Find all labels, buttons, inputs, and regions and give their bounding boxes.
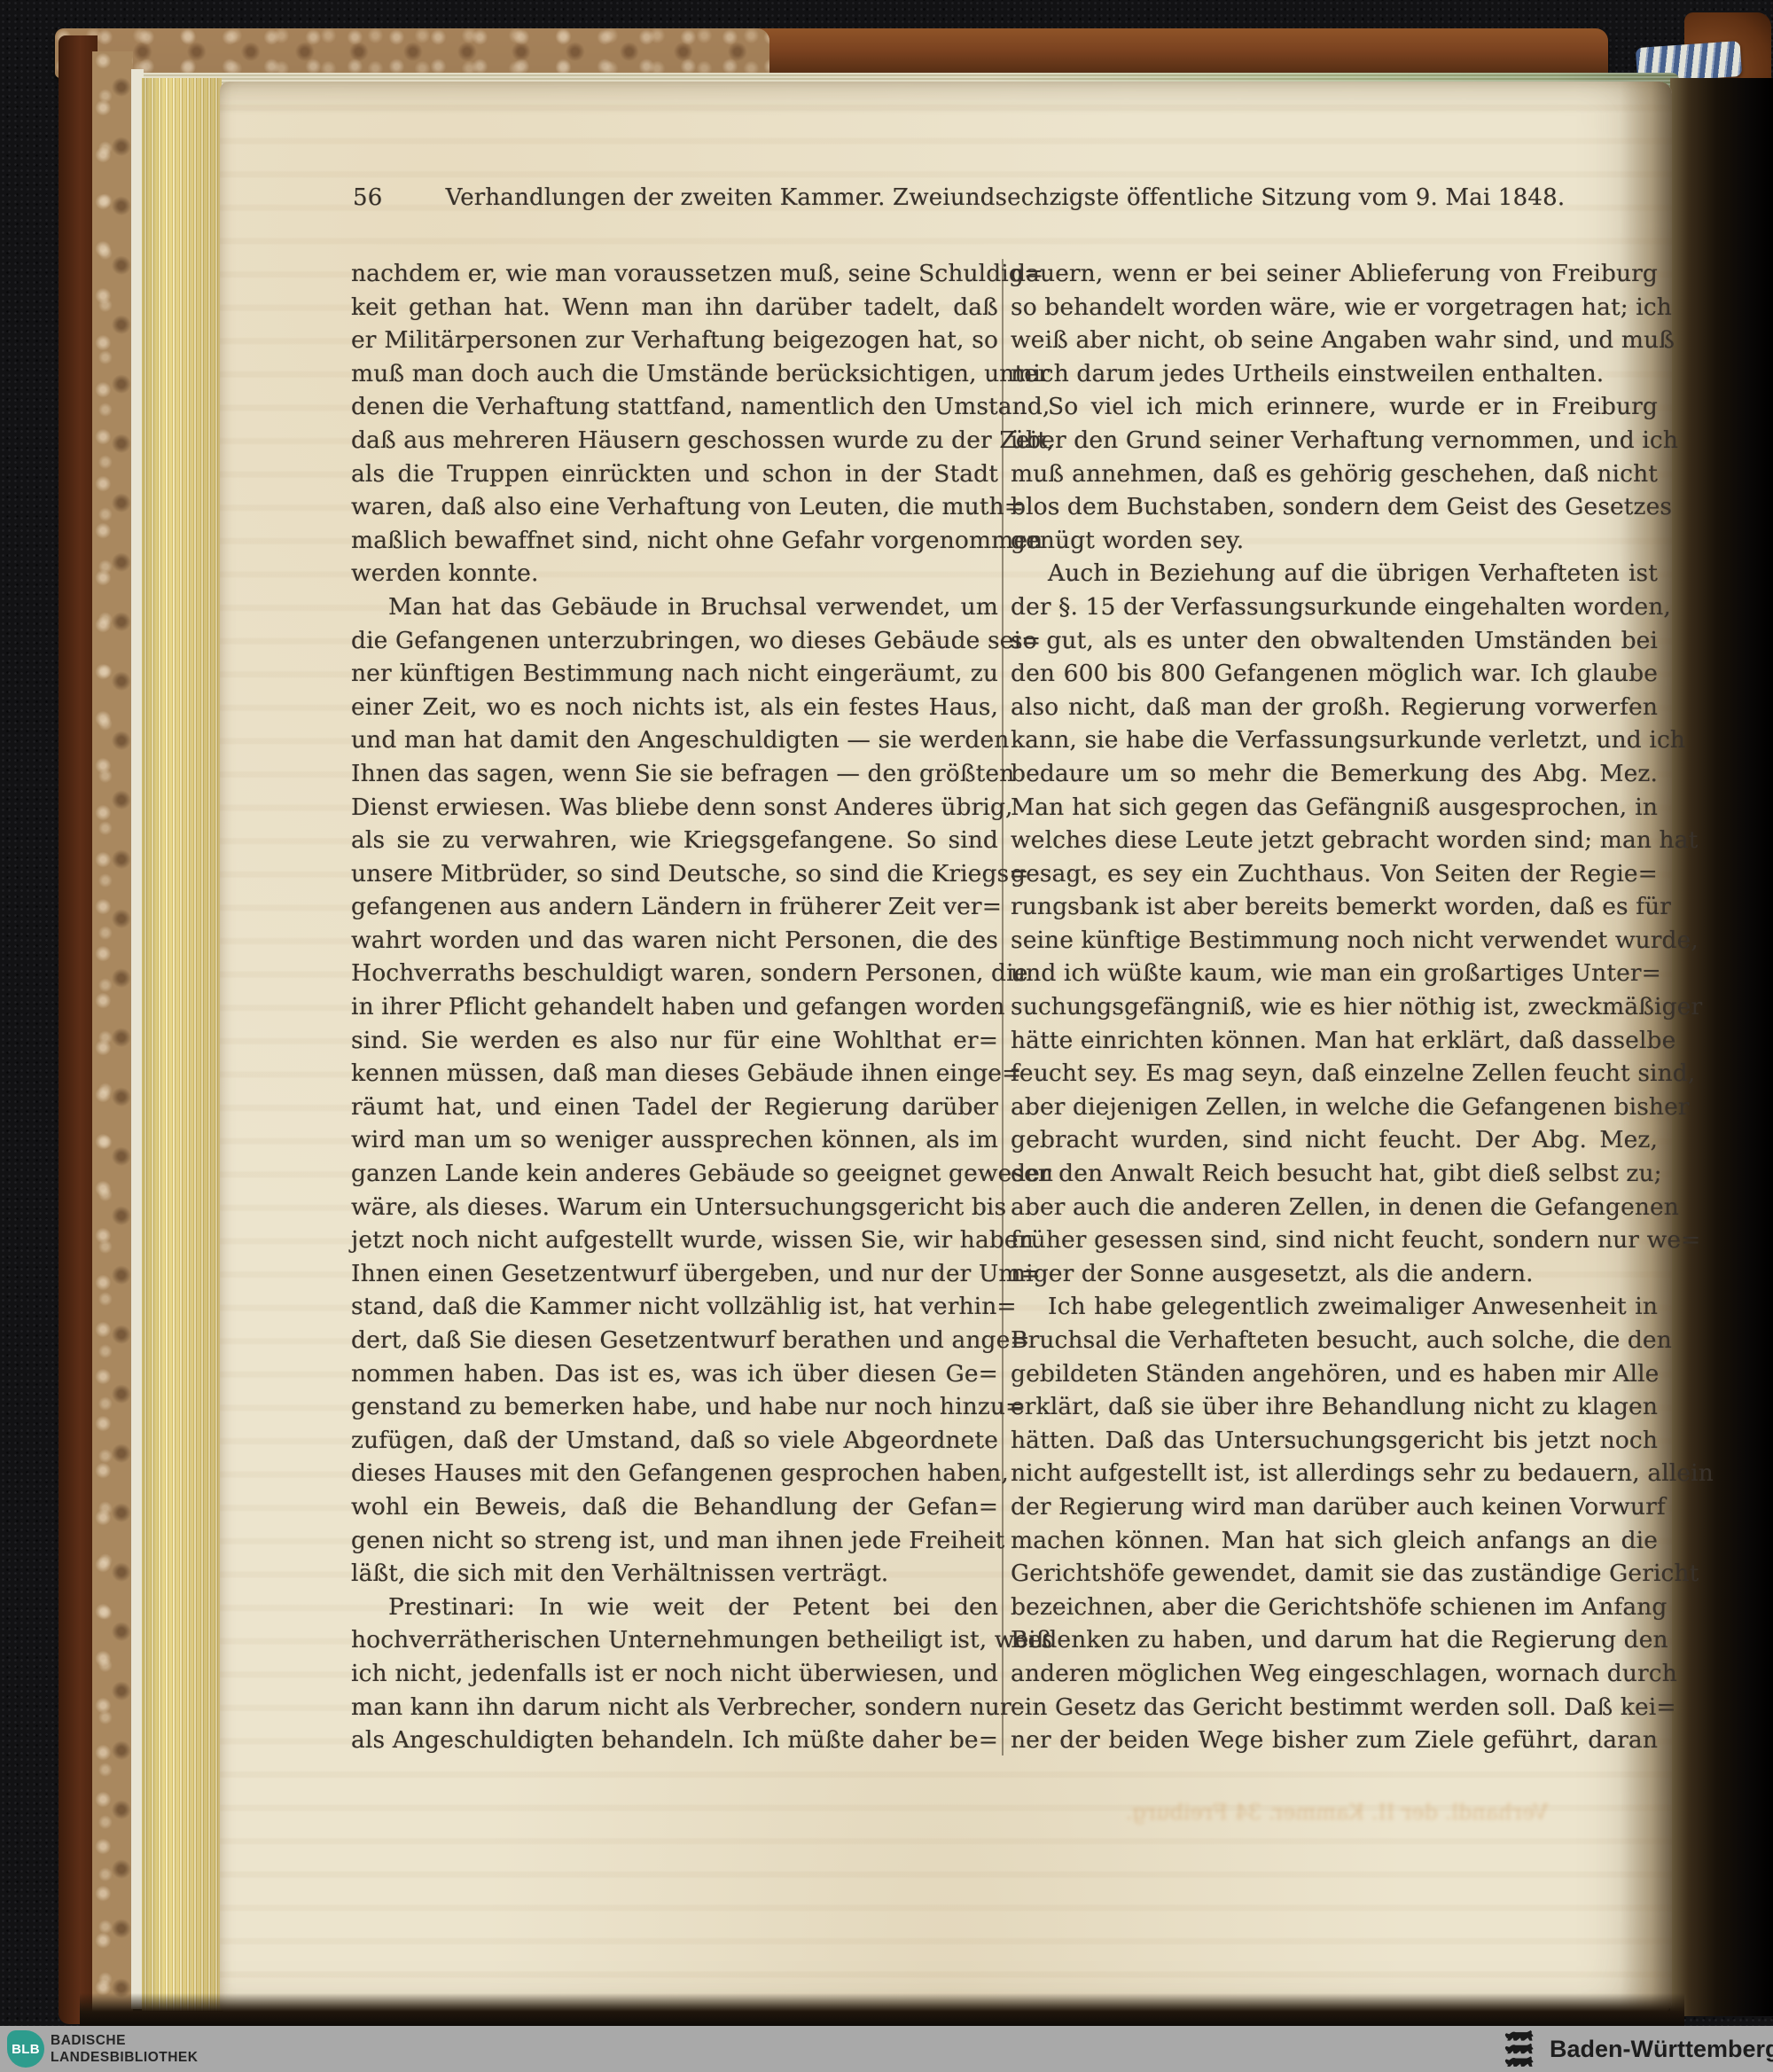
text-line: und ich wüßte kaum, wie man ein großarti… <box>1011 957 1658 990</box>
text-line: blos dem Buchstaben, sondern dem Geist d… <box>1011 490 1658 524</box>
text-line: nommen haben. Das ist es, was ich über d… <box>351 1357 998 1391</box>
text-line: nicht aufgestellt ist, ist allerdings se… <box>1011 1457 1658 1490</box>
text-line: keit gethan hat. Wenn man ihn darüber ta… <box>351 291 998 324</box>
text-line: einer Zeit, wo es noch nichts ist, als e… <box>351 691 998 724</box>
text-line: Man hat das Gebäude in Bruchsal verwende… <box>351 590 998 624</box>
text-line: gebracht wurden, sind nicht feucht. Der … <box>1011 1123 1658 1157</box>
state-branding: Baden-Württemberg <box>1502 2026 1773 2072</box>
text-line: denen die Verhaftung stattfand, namentli… <box>351 390 998 424</box>
left-text-column: nachdem er, wie man voraussetzen muß, se… <box>351 257 998 1757</box>
text-line: so behandelt worden wäre, wie er vorgetr… <box>1011 291 1658 324</box>
text-line: hochverrätherischen Unternehmungen bethe… <box>351 1623 998 1657</box>
text-line: Gerichtshöfe gewendet, damit sie das zus… <box>1011 1557 1658 1591</box>
text-line: seine künftige Bestimmung noch nicht ver… <box>1011 924 1658 958</box>
text-line: nachdem er, wie man voraussetzen muß, se… <box>351 257 998 291</box>
marbled-endpaper-edge <box>92 51 133 2013</box>
blb-logo-text: BLB <box>12 2042 40 2057</box>
text-line: Ihnen das sagen, wenn Sie sie befragen —… <box>351 757 998 791</box>
text-line: sind. Sie werden es also nur für eine Wo… <box>351 1024 998 1058</box>
text-line: so gut, als es unter den obwaltenden Ums… <box>1011 624 1658 658</box>
text-line: genen nicht so streng ist, und man ihnen… <box>351 1524 998 1558</box>
text-line: jetzt noch nicht aufgestellt wurde, wiss… <box>351 1224 998 1257</box>
text-line: als Angeschuldigten behandeln. Ich müßte… <box>351 1724 998 1757</box>
text-line: Dienst erwiesen. Was bliebe denn sonst A… <box>351 791 998 825</box>
text-line: genügt worden sey. <box>1011 524 1658 558</box>
text-line: Bedenken zu haben, und darum hat die Reg… <box>1011 1623 1658 1657</box>
marbled-board-edge <box>55 28 769 78</box>
text-line: ner künftigen Bestimmung nach nicht eing… <box>351 657 998 691</box>
library-name-line2: LANDESBIBLIOTHEK <box>51 2049 198 2066</box>
text-line: der den Anwalt Reich besucht hat, gibt d… <box>1011 1157 1658 1191</box>
text-line: aber diejenigen Zellen, in welche die Ge… <box>1011 1091 1658 1124</box>
text-line: als sie zu verwahren, wie Kriegsgefangen… <box>351 824 998 857</box>
text-line: wahrt worden und das waren nicht Persone… <box>351 924 998 958</box>
library-footer-bar: BLB BADISCHE LANDESBIBLIOTHEK Baden-Würt… <box>0 2026 1773 2072</box>
text-line: rungsbank ist aber bereits bemerkt worde… <box>1011 890 1658 924</box>
text-line: bedaure um so mehr die Bemerkung des Abg… <box>1011 757 1658 791</box>
text-line: ganzen Lande kein anderes Gebäude so gee… <box>351 1157 998 1191</box>
text-line: man kann ihn darum nicht als Verbrecher,… <box>351 1691 998 1724</box>
text-line: Man hat sich gegen das Gefängniß ausgesp… <box>1011 791 1658 825</box>
library-name-line1: BADISCHE <box>51 2032 198 2049</box>
text-line: die Gefangenen unterzubringen, wo dieses… <box>351 624 998 658</box>
text-line: Ihnen einen Gesetzentwurf übergeben, und… <box>351 1257 998 1291</box>
text-line: wird man um so weniger aussprechen könne… <box>351 1123 998 1157</box>
text-line: er Militärpersonen zur Verhaftung beigez… <box>351 324 998 357</box>
text-line: räumt hat, und einen Tadel der Regierung… <box>351 1091 998 1124</box>
text-line: den 600 bis 800 Gefangenen möglich war. … <box>1011 657 1658 691</box>
text-line: werden konnte. <box>351 557 998 590</box>
text-line: Hochverraths beschuldigt waren, sondern … <box>351 957 998 990</box>
text-line: welches diese Leute jetzt gebracht worde… <box>1011 824 1658 857</box>
text-line: gebildeten Ständen angehören, und es hab… <box>1011 1357 1658 1391</box>
text-line: hätten. Daß das Untersuchungsgericht bis… <box>1011 1424 1658 1458</box>
text-line: ner der beiden Wege bisher zum Ziele gef… <box>1011 1724 1658 1757</box>
text-line: früher gesessen sind, sind nicht feucht,… <box>1011 1224 1658 1257</box>
text-line: aber auch die anderen Zellen, in denen d… <box>1011 1191 1658 1224</box>
text-line: suchungsgefängniß, wie es hier nöthig is… <box>1011 990 1658 1024</box>
text-line: zufügen, daß der Umstand, daß so viele A… <box>351 1424 998 1458</box>
text-line: unsere Mitbrüder, so sind Deutsche, so s… <box>351 857 998 891</box>
ink-bleed-through-text: Verhandl. der II. Kammer. 34 Freiburg. <box>1071 1800 1603 1837</box>
text-line: erklärt, daß sie über ihre Behandlung ni… <box>1011 1390 1658 1424</box>
text-line: in ihrer Pflicht gehandelt haben und gef… <box>351 990 998 1024</box>
text-line: also nicht, daß man der großh. Regierung… <box>1011 691 1658 724</box>
text-line: muß annehmen, daß es gehörig geschehen, … <box>1011 457 1658 491</box>
book-page: 56 Verhandlungen der zweiten Kammer. Zwe… <box>220 82 1672 2013</box>
text-line: ein Gesetz das Gericht bestimmt werden s… <box>1011 1691 1658 1724</box>
book-gutter-shadow <box>1670 78 1773 2016</box>
text-line: genstand zu bemerken habe, und habe nur … <box>351 1390 998 1424</box>
text-line: mich darum jedes Urtheils einstweilen en… <box>1011 357 1658 391</box>
text-line: Bruchsal die Verhafteten besucht, auch s… <box>1011 1324 1658 1357</box>
book-cover-top-edge <box>55 28 1608 78</box>
text-line: niger der Sonne ausgesetzt, als die ande… <box>1011 1257 1658 1291</box>
text-line: maßlich bewaffnet sind, nicht ohne Gefah… <box>351 524 998 558</box>
baden-wuerttemberg-coat-of-arms-icon <box>1502 2029 1541 2068</box>
text-line: anderen möglichen Weg eingeschlagen, wor… <box>1011 1657 1658 1691</box>
text-line: weiß aber nicht, ob seine Angaben wahr s… <box>1011 324 1658 357</box>
text-line: und man hat damit den Angeschuldigten — … <box>351 723 998 757</box>
text-line: bezeichnen, aber die Gerichtshöfe schien… <box>1011 1591 1658 1624</box>
page-number: 56 <box>353 184 382 211</box>
text-line: waren, daß also eine Verhaftung von Leut… <box>351 490 998 524</box>
text-line: gesagt, es sey ein Zuchthaus. Von Seiten… <box>1011 857 1658 891</box>
text-line: stand, daß die Kammer nicht vollzählig i… <box>351 1290 998 1324</box>
right-text-column: dauern, wenn er bei seiner Ablieferung v… <box>1011 257 1658 1757</box>
text-line: dert, daß Sie diesen Gesetzentwurf berat… <box>351 1324 998 1357</box>
text-line: feucht sey. Es mag seyn, daß einzelne Ze… <box>1011 1057 1658 1091</box>
text-line: der §. 15 der Verfassungsurkunde eingeha… <box>1011 590 1658 624</box>
text-line: als die Truppen einrückten und schon in … <box>351 457 998 491</box>
book-bottom-shadow <box>80 1993 1684 2027</box>
state-name: Baden-Württemberg <box>1550 2036 1773 2063</box>
text-line: Auch in Beziehung auf die übrigen Verhaf… <box>1011 557 1658 590</box>
text-line: hätte einrichten können. Man hat erklärt… <box>1011 1024 1658 1058</box>
text-line: kann, sie habe die Verfassungsurkunde ve… <box>1011 723 1658 757</box>
text-line: dauern, wenn er bei seiner Ablieferung v… <box>1011 257 1658 291</box>
column-divider-rule <box>1002 259 1004 1755</box>
text-line: wohl ein Beweis, daß die Behandlung der … <box>351 1490 998 1524</box>
running-header-title: Verhandlungen der zweiten Kammer. Zweiun… <box>446 184 1566 211</box>
text-line: muß man doch auch die Umstände berücksic… <box>351 357 998 391</box>
text-line: kennen müssen, daß man dieses Gebäude ih… <box>351 1057 998 1091</box>
text-line: So viel ich mich erinnere, wurde er in F… <box>1011 390 1658 424</box>
text-line: daß aus mehreren Häusern geschossen wurd… <box>351 424 998 457</box>
library-name: BADISCHE LANDESBIBLIOTHEK <box>51 2032 198 2066</box>
running-header: 56 Verhandlungen der zweiten Kammer. Zwe… <box>351 184 1660 216</box>
text-line: Ich habe gelegentlich zweimaliger Anwese… <box>1011 1290 1658 1324</box>
text-line: machen können. Man hat sich gleich anfan… <box>1011 1524 1658 1558</box>
text-line: wäre, als dieses. Warum ein Untersuchung… <box>351 1191 998 1224</box>
blb-logo: BLB <box>7 2030 44 2068</box>
text-line: gefangenen aus andern Ländern in frühere… <box>351 890 998 924</box>
text-line: über den Grund seiner Verhaftung vernomm… <box>1011 424 1658 457</box>
text-line: dieses Hauses mit den Gefangenen gesproc… <box>351 1457 998 1490</box>
text-line: ich nicht, jedenfalls ist er noch nicht … <box>351 1657 998 1691</box>
text-line: Prestinari: In wie weit der Petent bei d… <box>351 1591 998 1624</box>
text-line: läßt, die sich mit den Verhältnissen ver… <box>351 1557 998 1591</box>
page-stack-edges <box>142 78 222 2011</box>
text-line: der Regierung wird man darüber auch kein… <box>1011 1490 1658 1524</box>
